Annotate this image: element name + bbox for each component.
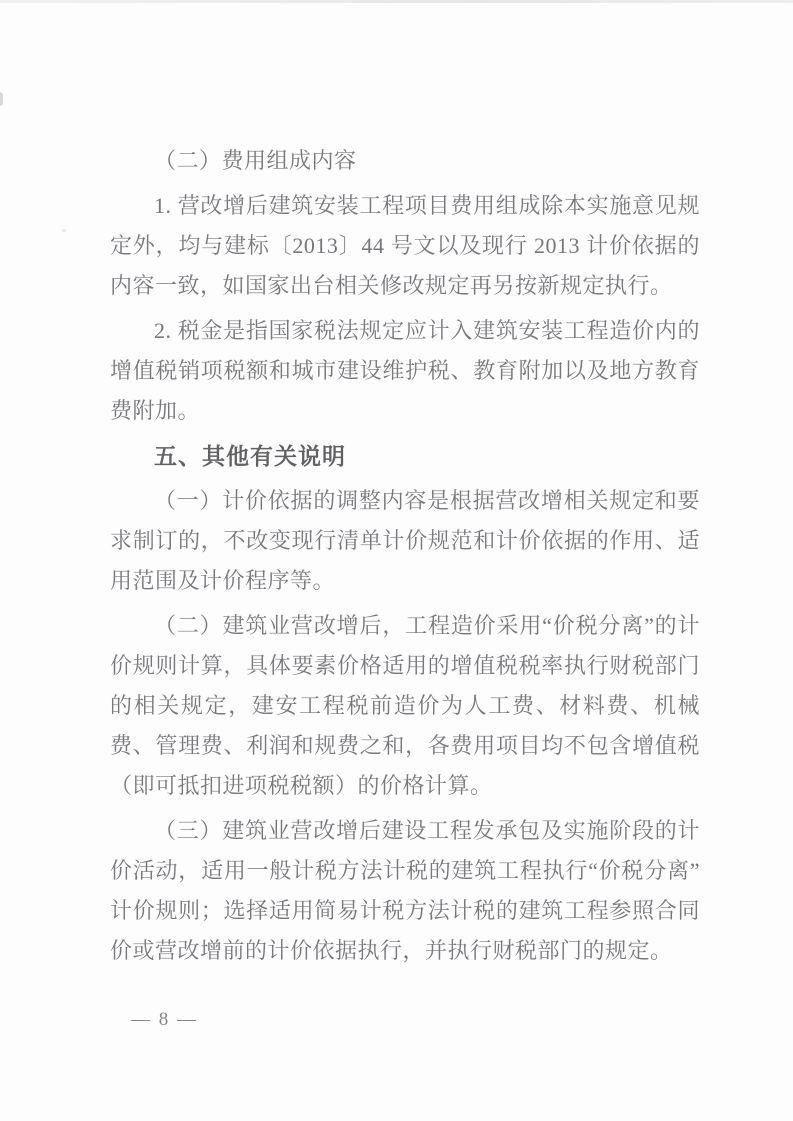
paragraph-note-1: （一）计价依据的调整内容是根据营改增相关规定和要求制订的，不改变现行清单计价规范… <box>110 481 700 601</box>
scan-top-edge-artifact <box>0 0 793 3</box>
scan-speck-artifact <box>62 229 66 232</box>
page-number: — 8 — <box>131 1006 198 1034</box>
section-heading-other-notes: 五、其他有关说明 <box>110 436 700 476</box>
document-body: （二）费用组成内容 1. 营改增后建筑安装工程项目费用组成除本实施意见规定外，均… <box>110 141 700 971</box>
scan-left-mark-artifact <box>0 92 3 106</box>
section-subheading: （二）费用组成内容 <box>110 141 700 181</box>
paragraph-fee-composition-2: 2. 税金是指国家税法规定应计入建筑安装工程造价内的增值税销项税额和城市建设维护… <box>110 311 700 431</box>
paragraph-note-3: （三）建筑业营改增后建设工程发承包及实施阶段的计价活动，适用一般计税方法计税的建… <box>110 811 700 971</box>
paragraph-note-2: （二）建筑业营改增后，工程造价采用“价税分离”的计价规则计算，具体要素价格适用的… <box>110 606 700 806</box>
paragraph-fee-composition-1: 1. 营改增后建筑安装工程项目费用组成除本实施意见规定外，均与建标〔2013〕4… <box>110 186 700 306</box>
document-page: （二）费用组成内容 1. 营改增后建筑安装工程项目费用组成除本实施意见规定外，均… <box>0 0 793 1121</box>
